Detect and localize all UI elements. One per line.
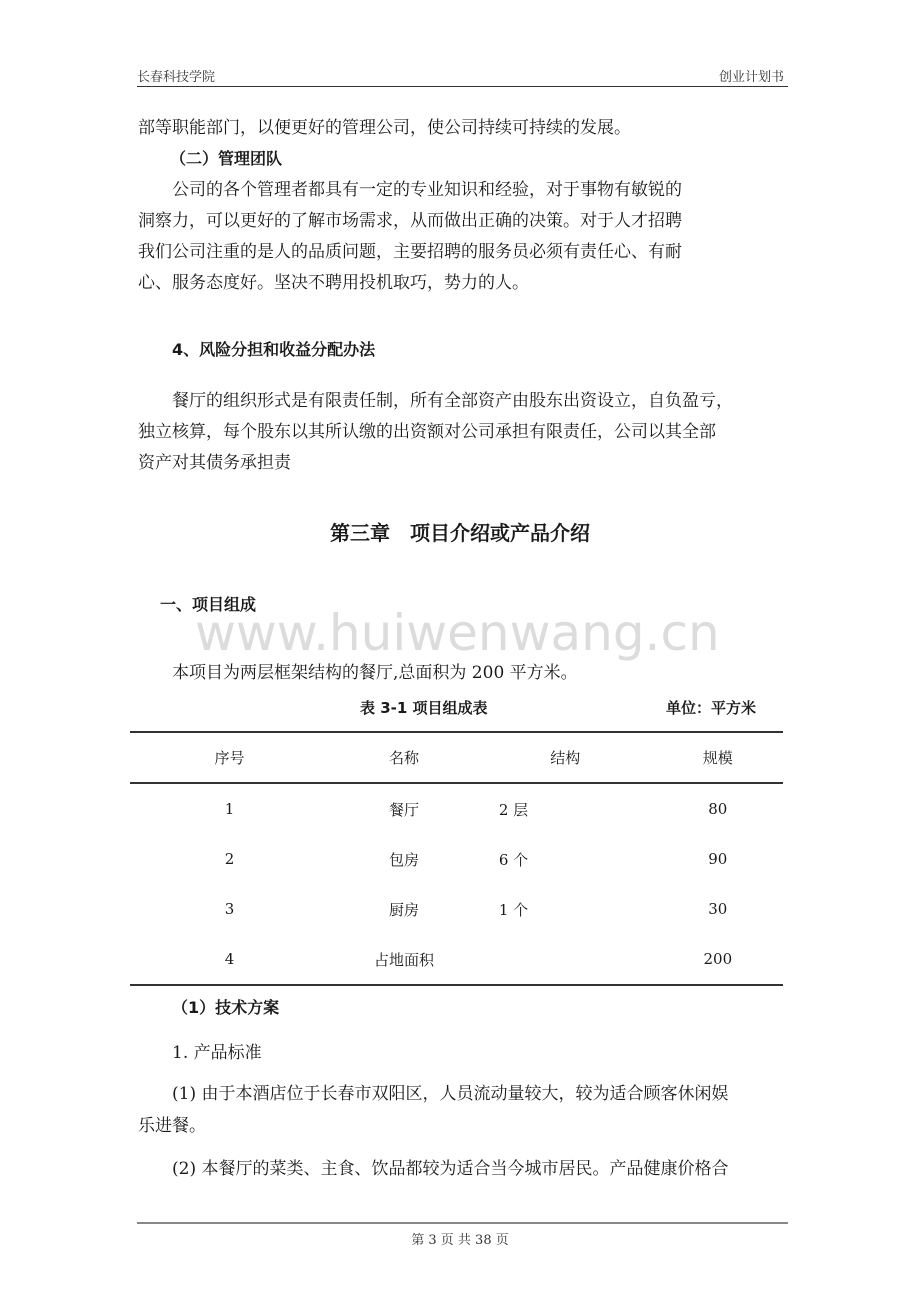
paragraph-intro: 本项目为两层框架结构的餐厅,总面积为 200 平方米。 <box>172 659 822 687</box>
project-composition-table: 序号 名称 结构 规模 1 餐厅 2 层 80 2 包房 6 个 90 3 厨房… <box>130 731 783 986</box>
paragraph-line: 独立核算，每个股东以其所认缴的出资额对公司承担有限责任，公司以其全部 <box>138 418 788 446</box>
cell-index: 2 <box>130 834 329 884</box>
cell-structure: 2 层 <box>479 783 653 834</box>
page-header: 长春科技学院 创业计划书 <box>137 64 788 87</box>
header-institution: 长春科技学院 <box>137 66 215 85</box>
cell-structure <box>479 934 653 985</box>
footer-divider <box>137 1222 788 1224</box>
header-doc-title: 创业计划书 <box>719 66 784 85</box>
paragraph-line: 洞察力，可以更好的了解市场需求，从而做出正确的决策。对于人才招聘 <box>138 207 788 235</box>
heading-management-team: （二）管理团队 <box>170 145 820 173</box>
cell-scale: 200 <box>653 934 783 985</box>
table-header-row: 序号 名称 结构 规模 <box>130 732 783 783</box>
cell-scale: 80 <box>653 783 783 834</box>
cell-scale: 30 <box>653 884 783 934</box>
chapter-title: 第三章 项目介绍或产品介绍 <box>0 517 920 546</box>
table-caption: 表 3-1 项目组成表 <box>360 697 488 718</box>
paragraph-line: 乐进餐。 <box>138 1112 788 1140</box>
table-row: 1 餐厅 2 层 80 <box>130 783 783 834</box>
heading-product-standard: 1. 产品标准 <box>172 1039 822 1067</box>
column-header-name: 名称 <box>329 732 479 783</box>
table-row: 2 包房 6 个 90 <box>130 834 783 884</box>
paragraph-line: 资产对其债务承担责 <box>138 449 788 477</box>
table-unit: 单位：平方米 <box>666 697 756 718</box>
cell-structure: 1 个 <box>479 884 653 934</box>
paragraph-line: 餐厅的组织形式是有限责任制，所有全部资产由股东出资设立，自负盈亏， <box>172 387 822 415</box>
cell-structure: 6 个 <box>479 834 653 884</box>
paragraph-line: 我们公司注重的是人的品质问题，主要招聘的服务员必须有责任心、有耐 <box>138 238 788 266</box>
cell-index: 1 <box>130 783 329 834</box>
page-number: 第 3 页 共 38 页 <box>0 1229 920 1248</box>
paragraph-line: (1) 由于本酒店位于长春市双阳区，人员流动量较大，较为适合顾客休闲娱 <box>172 1080 822 1108</box>
cell-name: 包房 <box>329 834 479 884</box>
cell-index: 4 <box>130 934 329 985</box>
cell-scale: 90 <box>653 834 783 884</box>
column-header-structure: 结构 <box>479 732 653 783</box>
cell-index: 3 <box>130 884 329 934</box>
heading-risk-sharing: 4、风险分担和收益分配办法 <box>172 336 822 364</box>
paragraph-line: (2) 本餐厅的菜类、主食、饮品都较为适合当今城市居民。产品健康价格合 <box>172 1155 822 1183</box>
column-header-scale: 规模 <box>653 732 783 783</box>
heading-technical-plan: （1）技术方案 <box>172 994 822 1022</box>
cell-name: 占地面积 <box>329 934 479 985</box>
paragraph-line: 心、服务态度好。坚决不聘用投机取巧，势力的人。 <box>138 269 788 297</box>
column-header-index: 序号 <box>130 732 329 783</box>
table-row: 4 占地面积 200 <box>130 934 783 985</box>
watermark: www.huiwenwang.cn <box>195 604 720 662</box>
paragraph-line: 公司的各个管理者都具有一定的专业知识和经验，对于事物有敏锐的 <box>172 176 822 204</box>
cell-name: 厨房 <box>329 884 479 934</box>
table-row: 3 厨房 1 个 30 <box>130 884 783 934</box>
cell-name: 餐厅 <box>329 783 479 834</box>
paragraph-continuation: 部等职能部门，以便更好的管理公司，使公司持续可持续的发展。 <box>138 114 788 142</box>
